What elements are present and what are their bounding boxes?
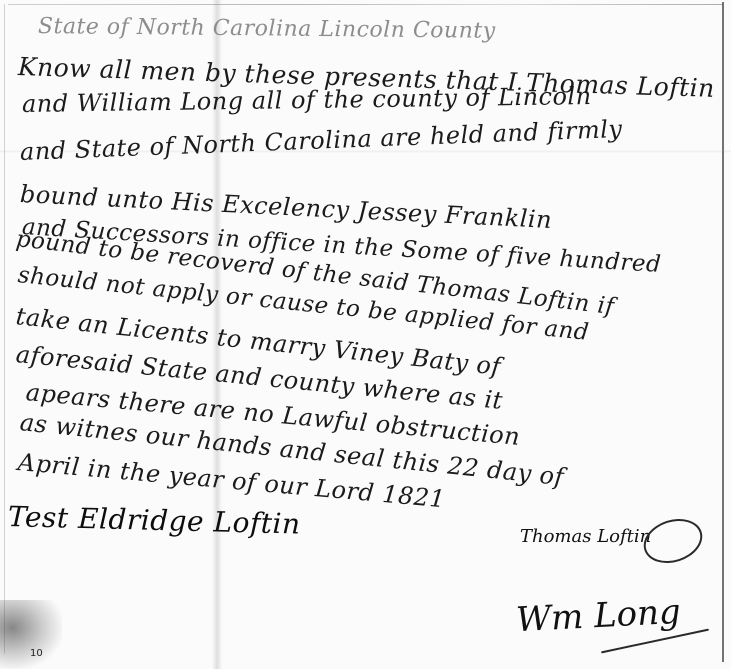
attest-witness: Test Eldridge Loftin (8, 500, 301, 541)
signature-surety: Wm Long (515, 592, 682, 641)
paper-top-edge (8, 4, 723, 5)
page-number: 10 (30, 648, 43, 659)
document-line: and State of North Carolina are held and… (19, 115, 622, 166)
seal-mark (638, 512, 708, 570)
signature-principal: Thomas Loftin (520, 526, 651, 547)
document-page: State of North Carolina Lincoln County K… (0, 0, 731, 669)
paper-right-edge (722, 2, 724, 662)
document-line: and William Long all of the county of Li… (22, 82, 592, 118)
paper-left-edge (4, 4, 5, 654)
document-heading: State of North Carolina Lincoln County (38, 14, 496, 44)
